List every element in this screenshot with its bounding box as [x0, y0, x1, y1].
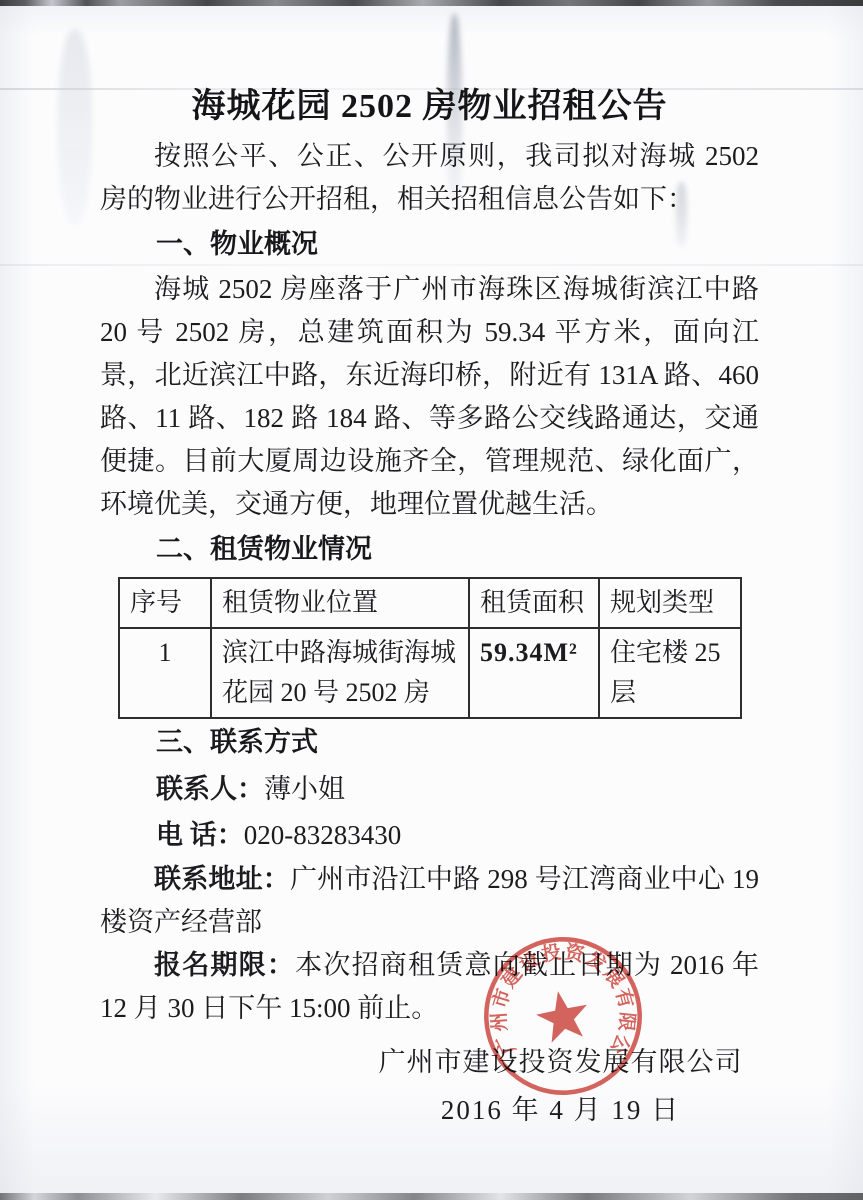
contact-person-line: 联系人：薄小姐 [156, 766, 759, 812]
company-name: 广州市建设投资发展有限公司 [362, 1038, 759, 1086]
section-3-heading: 三、联系方式 [156, 721, 759, 764]
cell-location: 滨江中路海城街海城花园 20 号 2502 房 [211, 628, 469, 718]
cell-no: 1 [119, 628, 211, 718]
contact-phone-label: 电 话： [156, 820, 244, 850]
column-header-area: 租赁面积 [469, 578, 599, 628]
deadline-label: 报名期限： [154, 950, 295, 980]
scan-artifact-bottom-edge [0, 1193, 863, 1200]
document-content: 海城花园 2502 房物业招租公告 按照公平、公正、公开原则，我司拟对海城 25… [0, 0, 863, 1134]
section-1-body: 海城 2502 房座落于广州市海珠区海城街滨江中路 20 号 2502 房，总建… [100, 268, 759, 526]
table-header-row: 序号 租赁物业位置 租赁面积 规划类型 [119, 578, 741, 628]
cell-type: 住宅楼 25 层 [599, 628, 741, 718]
deadline-line: 报名期限：本次招商租赁意向截止日期为 2016 年 12 月 30 日下午 15… [100, 944, 759, 1030]
contact-person-value: 薄小姐 [264, 774, 345, 804]
signature-block: 广州市建设投资发展有限公司 2016 年 4 月 19 日 [100, 1038, 759, 1134]
table-row: 1 滨江中路海城街海城花园 20 号 2502 房 59.34M² 住宅楼 25… [119, 628, 741, 718]
contact-phone-line: 电 话：020-83283430 [156, 812, 759, 858]
rental-property-table: 序号 租赁物业位置 租赁面积 规划类型 1 滨江中路海城街海城花园 20 号 2… [118, 577, 742, 719]
contact-phone-value: 020-83283430 [244, 820, 402, 850]
column-header-no: 序号 [119, 578, 211, 628]
contact-address-line: 联系地址：广州市沿江中路 298 号江湾商业中心 19 楼资产经营部 [100, 858, 759, 944]
intro-paragraph: 按照公平、公正、公开原则，我司拟对海城 2502 房的物业进行公开招租，相关招租… [100, 135, 759, 221]
column-header-type: 规划类型 [599, 578, 741, 628]
contact-person-label: 联系人： [156, 774, 264, 804]
section-1-heading: 一、物业概况 [156, 223, 759, 266]
signature-date: 2016 年 4 月 19 日 [362, 1086, 759, 1134]
cell-area: 59.34M² [469, 628, 599, 718]
page-title: 海城花园 2502 房物业招租公告 [100, 84, 759, 130]
column-header-location: 租赁物业位置 [211, 578, 469, 628]
contact-address-label: 联系地址： [154, 864, 290, 894]
scanned-document-page: 海城花园 2502 房物业招租公告 按照公平、公正、公开原则，我司拟对海城 25… [0, 0, 863, 1200]
section-2-heading: 二、租赁物业情况 [156, 528, 759, 571]
